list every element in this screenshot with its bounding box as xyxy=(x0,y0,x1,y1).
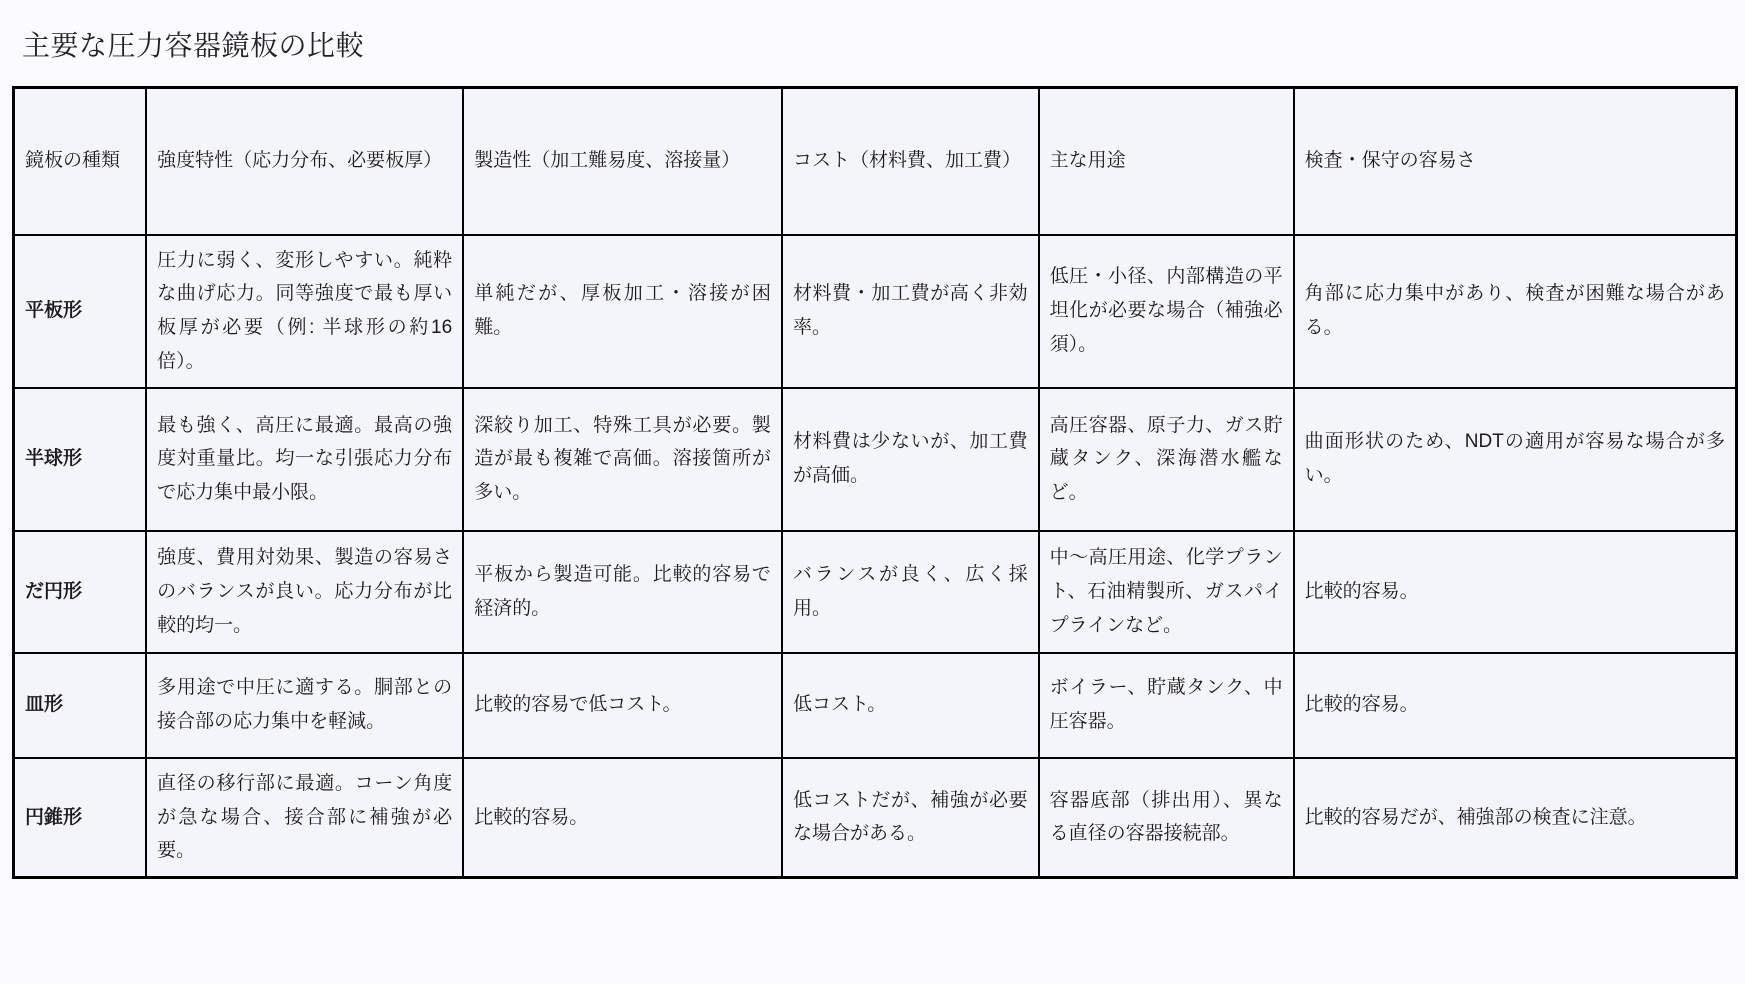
table-cell: 圧力に弱く、変形しやすい。純粋な曲げ応力。同等強度で最も厚い板厚が必要（例: 半… xyxy=(146,235,463,388)
row-header: 皿形 xyxy=(14,653,147,758)
column-header-strength: 強度特性（応力分布、必要板厚） xyxy=(146,88,463,235)
page: 主要な圧力容器鏡板の比較 鏡板の種類 強度特性（応力分布、必要板厚） 製造性（加… xyxy=(0,0,1745,879)
page-title: 主要な圧力容器鏡板の比較 xyxy=(22,24,1738,64)
row-header: 半球形 xyxy=(14,388,147,531)
table-cell: 比較的容易で低コスト。 xyxy=(463,653,782,758)
table-cell: 多用途で中圧に適する。胴部との接合部の応力集中を軽減。 xyxy=(146,653,463,758)
table-cell: 角部に応力集中があり、検査が困難な場合がある。 xyxy=(1294,235,1737,388)
table-cell: 単純だが、厚板加工・溶接が困難。 xyxy=(463,235,782,388)
table-row-flat-plate: 平板形 圧力に弱く、変形しやすい。純粋な曲げ応力。同等強度で最も厚い板厚が必要（… xyxy=(14,235,1737,388)
column-header-head-type: 鏡板の種類 xyxy=(14,88,147,235)
table-cell: 曲面形状のため、NDTの適用が容易な場合が多い。 xyxy=(1294,388,1737,531)
table-row-torispherical: 皿形 多用途で中圧に適する。胴部との接合部の応力集中を軽減。 比較的容易で低コス… xyxy=(14,653,1737,758)
table-cell: 平板から製造可能。比較的容易で経済的。 xyxy=(463,531,782,653)
table-cell: 比較的容易。 xyxy=(463,758,782,878)
table-cell: バランスが良く、広く採用。 xyxy=(782,531,1039,653)
table-cell: 比較的容易。 xyxy=(1294,653,1737,758)
table-cell: 直径の移行部に最適。コーン角度が急な場合、接合部に補強が必要。 xyxy=(146,758,463,878)
row-header: 平板形 xyxy=(14,235,147,388)
row-header: 円錐形 xyxy=(14,758,147,878)
column-header-inspection: 検査・保守の容易さ xyxy=(1294,88,1737,235)
table-cell: 材料費・加工費が高く非効率。 xyxy=(782,235,1039,388)
table-cell: 比較的容易だが、補強部の検査に注意。 xyxy=(1294,758,1737,878)
row-header: だ円形 xyxy=(14,531,147,653)
table-cell: 低コストだが、補強が必要な場合がある。 xyxy=(782,758,1039,878)
table-cell: 材料費は少ないが、加工費が高価。 xyxy=(782,388,1039,531)
table-cell: 高圧容器、原子力、ガス貯蔵タンク、深海潜水艦など。 xyxy=(1039,388,1294,531)
table-header-row: 鏡板の種類 強度特性（応力分布、必要板厚） 製造性（加工難易度、溶接量） コスト… xyxy=(14,88,1737,235)
column-header-manufacturability: 製造性（加工難易度、溶接量） xyxy=(463,88,782,235)
table-row-elliptical: だ円形 強度、費用対効果、製造の容易さのバランスが良い。応力分布が比較的均一。 … xyxy=(14,531,1737,653)
table-cell: 深絞り加工、特殊工具が必要。製造が最も複雑で高価。溶接箇所が多い。 xyxy=(463,388,782,531)
column-header-applications: 主な用途 xyxy=(1039,88,1294,235)
table-cell: ボイラー、貯蔵タンク、中圧容器。 xyxy=(1039,653,1294,758)
table-row-hemispherical: 半球形 最も強く、高圧に最適。最高の強度対重量比。均一な引張応力分布で応力集中最… xyxy=(14,388,1737,531)
table-cell: 低圧・小径、内部構造の平坦化が必要な場合（補強必須）。 xyxy=(1039,235,1294,388)
table-cell: 低コスト。 xyxy=(782,653,1039,758)
table-cell: 中～高圧用途、化学プラント、石油精製所、ガスパイプラインなど。 xyxy=(1039,531,1294,653)
table-row-conical: 円錐形 直径の移行部に最適。コーン角度が急な場合、接合部に補強が必要。 比較的容… xyxy=(14,758,1737,878)
column-header-cost: コスト（材料費、加工費） xyxy=(782,88,1039,235)
head-comparison-table: 鏡板の種類 強度特性（応力分布、必要板厚） 製造性（加工難易度、溶接量） コスト… xyxy=(12,86,1738,879)
table-cell: 強度、費用対効果、製造の容易さのバランスが良い。応力分布が比較的均一。 xyxy=(146,531,463,653)
table-cell: 最も強く、高圧に最適。最高の強度対重量比。均一な引張応力分布で応力集中最小限。 xyxy=(146,388,463,531)
table-cell: 比較的容易。 xyxy=(1294,531,1737,653)
table-cell: 容器底部（排出用）、異なる直径の容器接続部。 xyxy=(1039,758,1294,878)
